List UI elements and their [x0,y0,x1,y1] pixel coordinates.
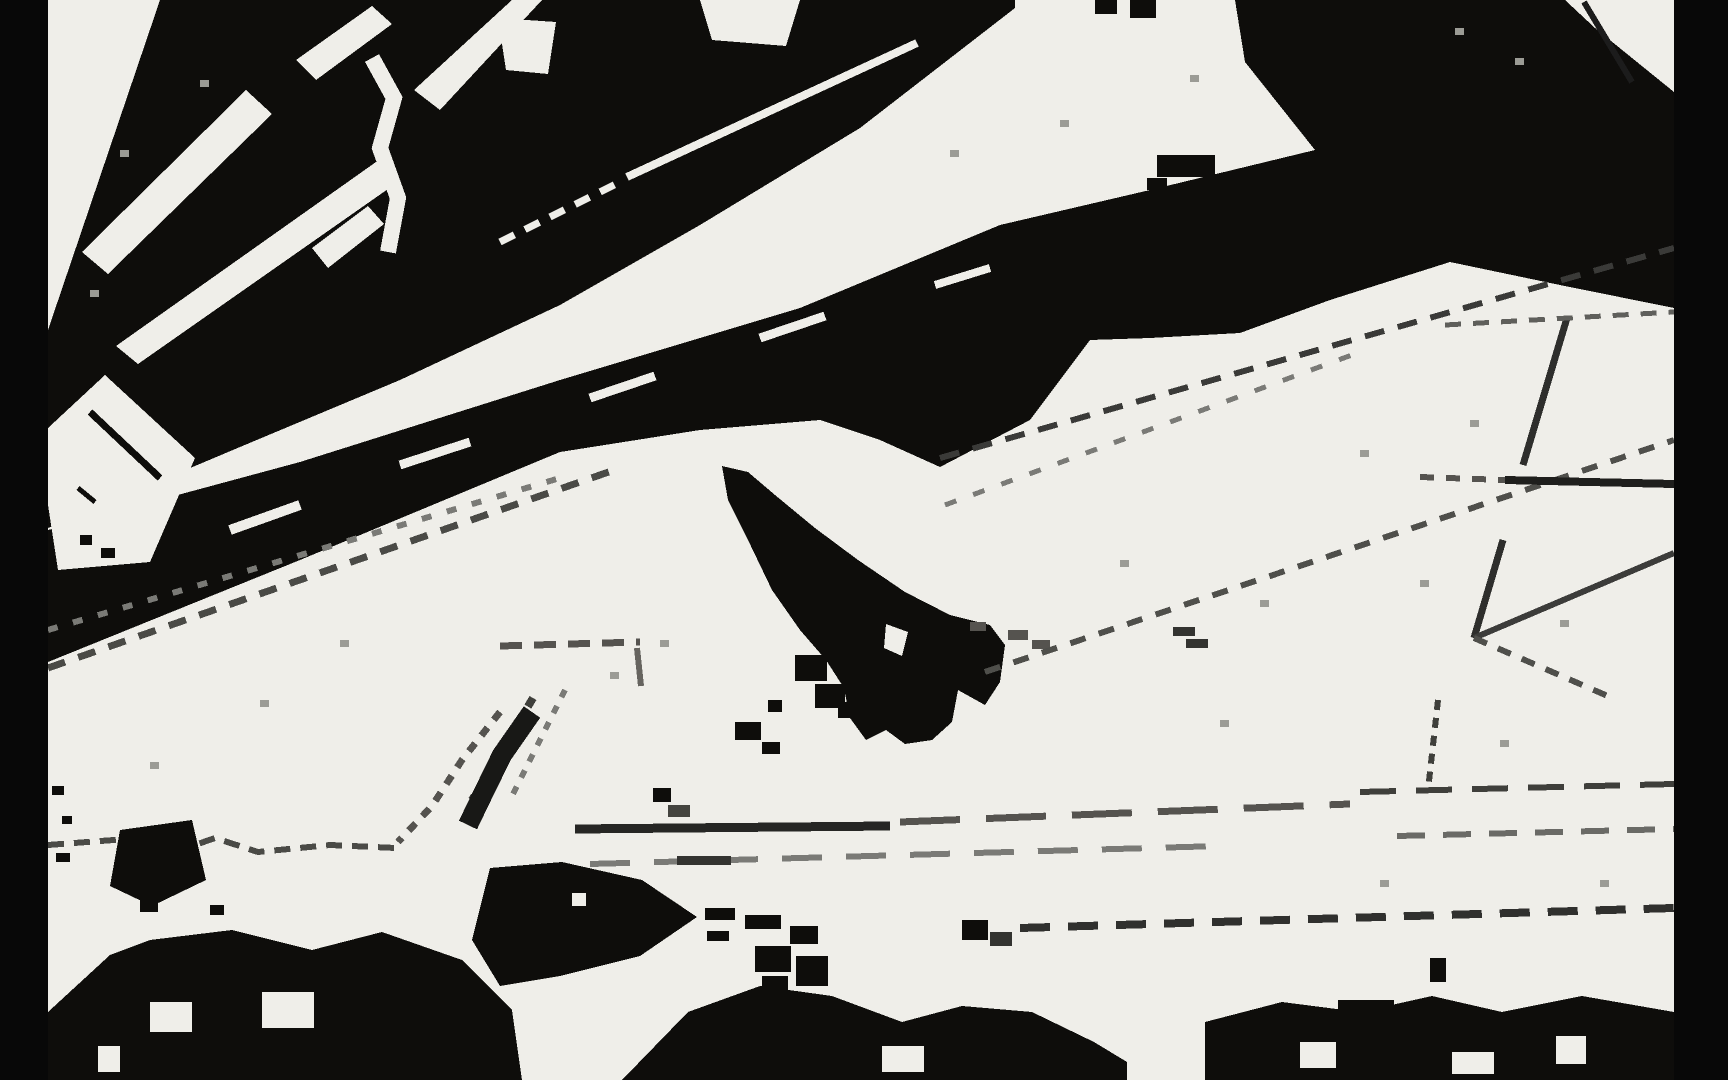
noise-speck-22 [1470,420,1479,427]
wedge-blob [1157,155,1215,177]
seven-figure-bar [500,642,640,646]
figure-blob-4 [768,700,782,712]
left-speck-1 [52,786,64,795]
figure-blob-3 [838,702,860,718]
scatter-blob-3 [790,926,818,944]
figure-gray-speck-3 [970,622,986,631]
noise-speck-17 [1500,740,1509,747]
left-speck-5 [210,905,224,915]
right-frame-bar [1674,0,1728,1080]
foliage-right-corner-blob [1338,1000,1394,1024]
noise-speck-15 [1560,620,1569,627]
figure-gray-speck-2 [1032,640,1050,649]
figure-blob-5 [735,722,761,740]
figure-blob-6 [762,742,780,754]
noise-speck-12 [1120,560,1129,567]
dash-pair-2 [1186,639,1208,648]
noise-speck-8 [90,290,99,297]
noise-speck-3 [1190,75,1199,82]
roof-speck-2 [101,548,115,558]
left-frame-bar [0,0,48,1080]
white-notch-top [700,0,800,46]
foliage-mass-right [1205,996,1674,1080]
wedge-blob-small [1147,178,1167,190]
noise-speck-23 [1360,450,1369,457]
noise-speck-1 [1455,28,1464,35]
top-edge-blob-1 [1095,0,1117,14]
foliage-right-hole-3 [1556,1036,1586,1064]
foliage-center-hole [882,1046,924,1072]
noise-speck-18 [1600,880,1609,887]
figure-blob-1 [795,655,827,681]
noise-speck-21 [610,672,619,679]
noise-speck-2 [1515,58,1524,65]
foliage-right-speck [1430,958,1446,982]
noise-speck-11 [150,762,159,769]
left-speck-2 [62,816,72,824]
screenshot-root [0,0,1728,1080]
noise-speck-6 [200,80,209,87]
left-speck-4 [140,900,158,912]
figure-gray-speck-1 [1008,630,1028,640]
road-line-lower-chunk [677,856,731,865]
scatter-blob-5 [755,946,791,972]
foliage-left-hole-3 [98,1046,120,1072]
foliage-left-hole-1 [150,1002,192,1032]
scatter-blob-2 [745,915,781,929]
seven-figure-tick [637,648,641,686]
noise-speck-5 [950,150,959,157]
foliage-right-hole-1 [1300,1042,1336,1068]
foliage-left-hole-2 [262,992,314,1028]
field-line-horizontal [1505,480,1674,484]
pre-road-blob-1 [653,788,671,802]
road-blob-1 [962,920,988,940]
pre-road-blob-2 [668,805,690,817]
road-line-upper-solid [575,826,890,829]
scatter-blob-4 [707,931,729,941]
dash-pair-1 [1173,627,1195,636]
noise-speck-7 [120,150,129,157]
road-blob-2 [990,932,1012,946]
scatter-blob-6 [796,956,828,986]
noise-speck-10 [260,700,269,707]
roof-speck-1 [80,535,92,545]
noise-speck-14 [1420,580,1429,587]
wedge-mass-hole [572,893,586,906]
noise-speck-9 [340,640,349,647]
left-speck-3 [56,853,70,862]
noise-speck-16 [1220,720,1229,727]
noise-speck-4 [1060,120,1069,127]
noise-speck-19 [1380,880,1389,887]
noise-speck-20 [660,640,669,647]
noise-speck-13 [1260,600,1269,607]
foliage-right-hole-2 [1452,1052,1494,1074]
binarized-photo-canvas [0,0,1728,1080]
top-edge-blob-2 [1130,0,1156,18]
scatter-blob-1 [705,908,735,920]
white-patch-1 [498,18,556,74]
